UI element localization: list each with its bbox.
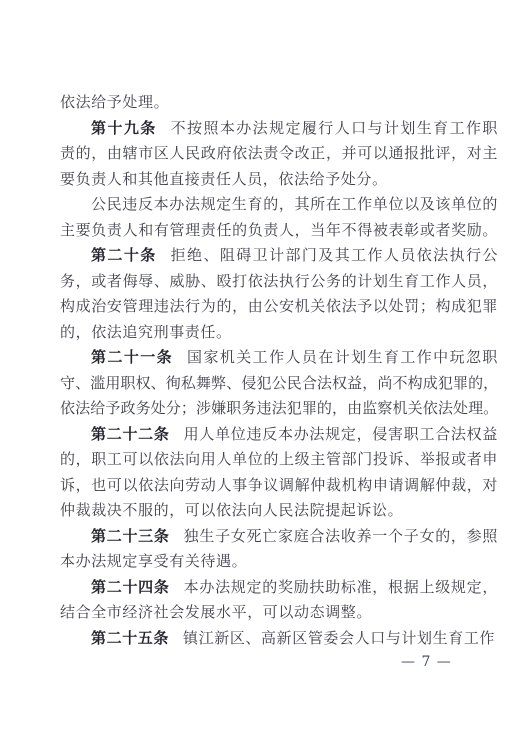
- line-text: 主要负责人和有管理责任的负责人，当年不得被表彰或者奖励。: [60, 221, 498, 239]
- article-number: 第二十一条: [91, 348, 187, 366]
- text-line: 公民违反本办法规定生育的，其所在工作单位以及该单位的: [60, 192, 498, 218]
- text-line: 的，依法追究刑事责任。: [60, 320, 498, 346]
- line-text: 构成治安管理违法行为的，由公安机关依法予以处罚；构成犯罪: [60, 297, 498, 315]
- line-text: 拒绝、阻碍卫计部门及其工作人员依法执行公: [171, 246, 498, 264]
- line-text: 诉，也可以依法向劳动人事争议调解仲裁机构申请调解仲裁，对: [60, 476, 498, 494]
- document-page: 依法给予处理。第十九条不按照本办法规定履行人口与计划生育工作职责的，由辖市区人民…: [0, 0, 524, 752]
- line-text: 责的，由辖市区人民政府依法责令改正，并可以通报批评，对主: [60, 144, 498, 162]
- line-text: 依法给予处理。: [60, 93, 169, 111]
- text-line: 第二十二条用人单位违反本办法规定，侵害职工合法权益: [60, 422, 498, 448]
- line-text: 的，依法追究刑事责任。: [60, 323, 232, 341]
- page-number: — 7 —: [401, 653, 452, 671]
- text-line: 仲裁裁决不服的，可以依法向人民法院提起诉讼。: [60, 498, 498, 524]
- text-line: 构成治安管理违法行为的，由公安机关依法予以处罚；构成犯罪: [60, 294, 498, 320]
- text-line: 依法给予处理。: [60, 90, 498, 116]
- text-line: 责的，由辖市区人民政府依法责令改正，并可以通报批评，对主: [60, 141, 498, 167]
- line-text: 本办法规定的奖励扶助标准，根据上级规定，: [184, 578, 498, 596]
- line-text: 镇江新区、高新区管委会人口与计划生育工作: [183, 629, 495, 647]
- text-line: 第二十五条镇江新区、高新区管委会人口与计划生育工作: [60, 626, 498, 652]
- text-line: 第二十一条国家机关工作人员在计划生育工作中玩忽职: [60, 345, 498, 371]
- text-line: 依法给予政务处分；涉嫌职务违法犯罪的，由监察机关依法处理。: [60, 396, 498, 422]
- line-text: 独生子女死亡家庭合法收养一个子女的，参照: [184, 527, 498, 545]
- line-text: 务，或者侮辱、威胁、殴打依法执行公务的计划生育工作人员，: [60, 272, 498, 290]
- article-number: 第十九条: [91, 119, 171, 137]
- article-number: 第二十条: [91, 246, 171, 264]
- article-number: 第二十五条: [91, 629, 183, 647]
- text-line: 第二十四条本办法规定的奖励扶助标准，根据上级规定，: [60, 575, 498, 601]
- line-text: 不按照本办法规定履行人口与计划生育工作职: [171, 119, 498, 137]
- text-line: 守、滥用职权、徇私舞弊、侵犯公民合法权益，尚不构成犯罪的，: [60, 371, 498, 397]
- text-line: 的，职工可以依法向用人单位的上级主管部门投诉、举报或者申: [60, 447, 498, 473]
- text-line: 要负责人和其他直接责任人员，依法给予处分。: [60, 167, 498, 193]
- text-line: 主要负责人和有管理责任的负责人，当年不得被表彰或者奖励。: [60, 218, 498, 244]
- line-text: 依法给予政务处分；涉嫌职务违法犯罪的，由监察机关依法处理。: [60, 399, 498, 417]
- line-text: 结合全市经济社会发展水平，可以动态调整。: [60, 603, 372, 621]
- text-line: 第二十三条独生子女死亡家庭合法收养一个子女的，参照: [60, 524, 498, 550]
- text-line: 诉，也可以依法向劳动人事争议调解仲裁机构申请调解仲裁，对: [60, 473, 498, 499]
- line-text: 的，职工可以依法向用人单位的上级主管部门投诉、举报或者申: [60, 450, 498, 468]
- line-text: 公民违反本办法规定生育的，其所在工作单位以及该单位的: [91, 195, 498, 213]
- line-text: 守、滥用职权、徇私舞弊、侵犯公民合法权益，尚不构成犯罪的，: [60, 374, 498, 392]
- text-block: 依法给予处理。第十九条不按照本办法规定履行人口与计划生育工作职责的，由辖市区人民…: [60, 90, 498, 651]
- text-line: 本办法规定享受有关待遇。: [60, 549, 498, 575]
- text-line: 第二十条拒绝、阻碍卫计部门及其工作人员依法执行公: [60, 243, 498, 269]
- text-line: 第十九条不按照本办法规定履行人口与计划生育工作职: [60, 116, 498, 142]
- article-number: 第二十三条: [91, 527, 184, 545]
- text-line: 结合全市经济社会发展水平，可以动态调整。: [60, 600, 498, 626]
- article-number: 第二十二条: [91, 425, 184, 443]
- text-line: 务，或者侮辱、威胁、殴打依法执行公务的计划生育工作人员，: [60, 269, 498, 295]
- line-text: 国家机关工作人员在计划生育工作中玩忽职: [187, 348, 498, 366]
- line-text: 本办法规定享受有关待遇。: [60, 552, 247, 570]
- line-text: 仲裁裁决不服的，可以依法向人民法院提起诉讼。: [60, 501, 403, 519]
- article-number: 第二十四条: [91, 578, 184, 596]
- line-text: 要负责人和其他直接责任人员，依法给予处分。: [60, 170, 388, 188]
- line-text: 用人单位违反本办法规定，侵害职工合法权益: [184, 425, 498, 443]
